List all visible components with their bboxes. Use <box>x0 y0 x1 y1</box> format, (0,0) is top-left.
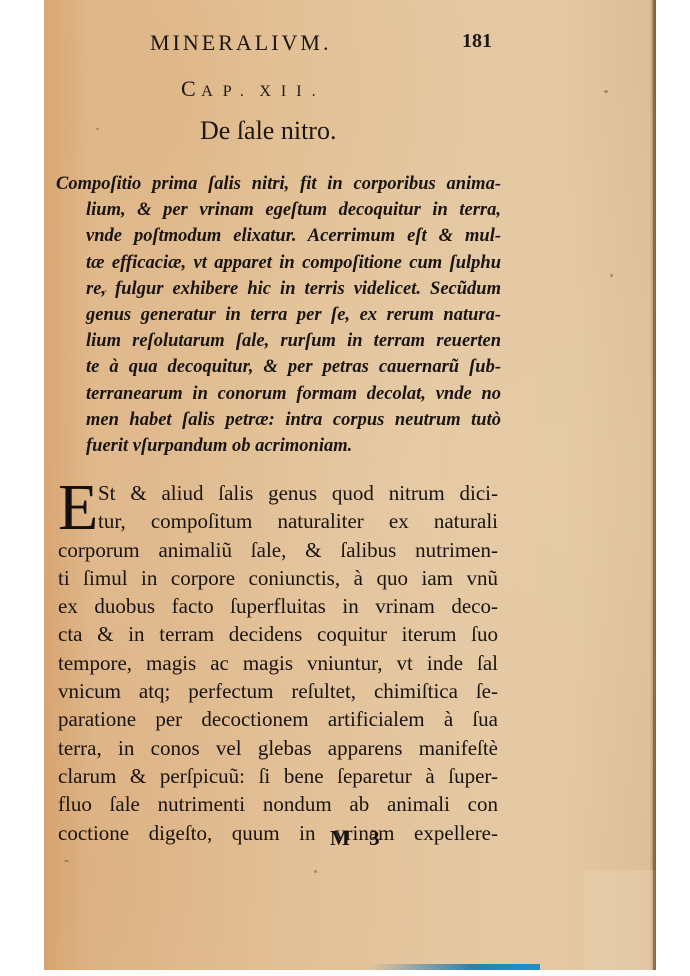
scan-artifact-streak <box>370 964 540 970</box>
text-line: paratione per decoctionem artificialem à… <box>58 705 498 733</box>
paper-speck <box>64 860 69 862</box>
paper-speck <box>610 274 613 277</box>
text-line: tæ efficaciæ, vt apparet in compoſitione… <box>56 250 501 276</box>
text-line: lium reſolutarum ſale, rurſum in terram … <box>56 328 501 354</box>
text-line: lium, & per vrinam egeſtum decoquitur in… <box>56 197 501 223</box>
chapter-label-rest: AP. <box>201 83 254 100</box>
chapter-label-initial: C <box>181 76 196 101</box>
text-line: corporum animaliũ ſale, & ſalibus nutrim… <box>58 536 498 564</box>
text-line: vnde poſtmodum elixatur. Acerrimum eſt &… <box>56 223 501 249</box>
text-line: St & aliud ſalis genus quod nitrum dici- <box>58 479 498 507</box>
signature-mark: M 3 <box>330 826 380 851</box>
text-line: ex duobus facto ſuperfluitas in vrinam d… <box>58 592 498 620</box>
drop-cap: E <box>58 481 98 535</box>
text-line: tur, compoſitum naturaliter ex naturali <box>58 507 498 535</box>
paper-discoloration <box>584 870 656 970</box>
chapter-number: XII. <box>259 83 325 100</box>
text-line: te à qua decoquitur, & per petras cauern… <box>56 354 501 380</box>
text-line: cta & in terram decidens coquitur iterum… <box>58 620 498 648</box>
text-line: coctione digeſto, quum in vrinam expelle… <box>58 819 498 847</box>
paper-speck <box>314 870 317 873</box>
chapter-title: De ſale nitro. <box>200 116 336 146</box>
text-line: genus generatur in terra per ſe, ex reru… <box>56 302 501 328</box>
paper-speck <box>96 128 99 130</box>
folio-number: 181 <box>462 30 492 53</box>
italic-paragraph: Compoſitio prima ſalis nitri, fit in cor… <box>56 171 501 459</box>
text-line: clarum & perſpicuũ: ſi bene ſeparetur à … <box>58 762 498 790</box>
text-line: re, fulgur exhibere hic in terris videli… <box>56 276 501 302</box>
signature-number: 3 <box>369 826 380 850</box>
paper-speck <box>604 90 608 93</box>
text-line: fuerit vſurpandum ob acrimoniam. <box>56 433 501 459</box>
roman-paragraph: E St & aliud ſalis genus quod nitrum dic… <box>58 479 498 847</box>
text-line: fluo ſale nutrimenti nondum ab animali c… <box>58 790 498 818</box>
text-line: terranearum in conorum formam decolat, v… <box>56 381 501 407</box>
text-line: ti ſimul in corpore coniunctis, à quo ia… <box>58 564 498 592</box>
book-page: MINERALIVM. 181 C AP. XII. De ſale nitro… <box>44 0 656 970</box>
text-line: Compoſitio prima ſalis nitri, fit in cor… <box>56 171 501 197</box>
chapter-heading: C AP. XII. <box>181 76 326 102</box>
text-line: tempore, magis ac magis vniuntur, vt ind… <box>58 649 498 677</box>
text-line: vnicum atq; perfectum reſultet, chimiſti… <box>58 677 498 705</box>
text-line: terra, in conos vel glebas apparens mani… <box>58 734 498 762</box>
signature-letter: M <box>330 826 350 850</box>
running-head-title: MINERALIVM. <box>150 30 332 56</box>
text-line: men habet ſalis petræ: intra corpus neut… <box>56 407 501 433</box>
